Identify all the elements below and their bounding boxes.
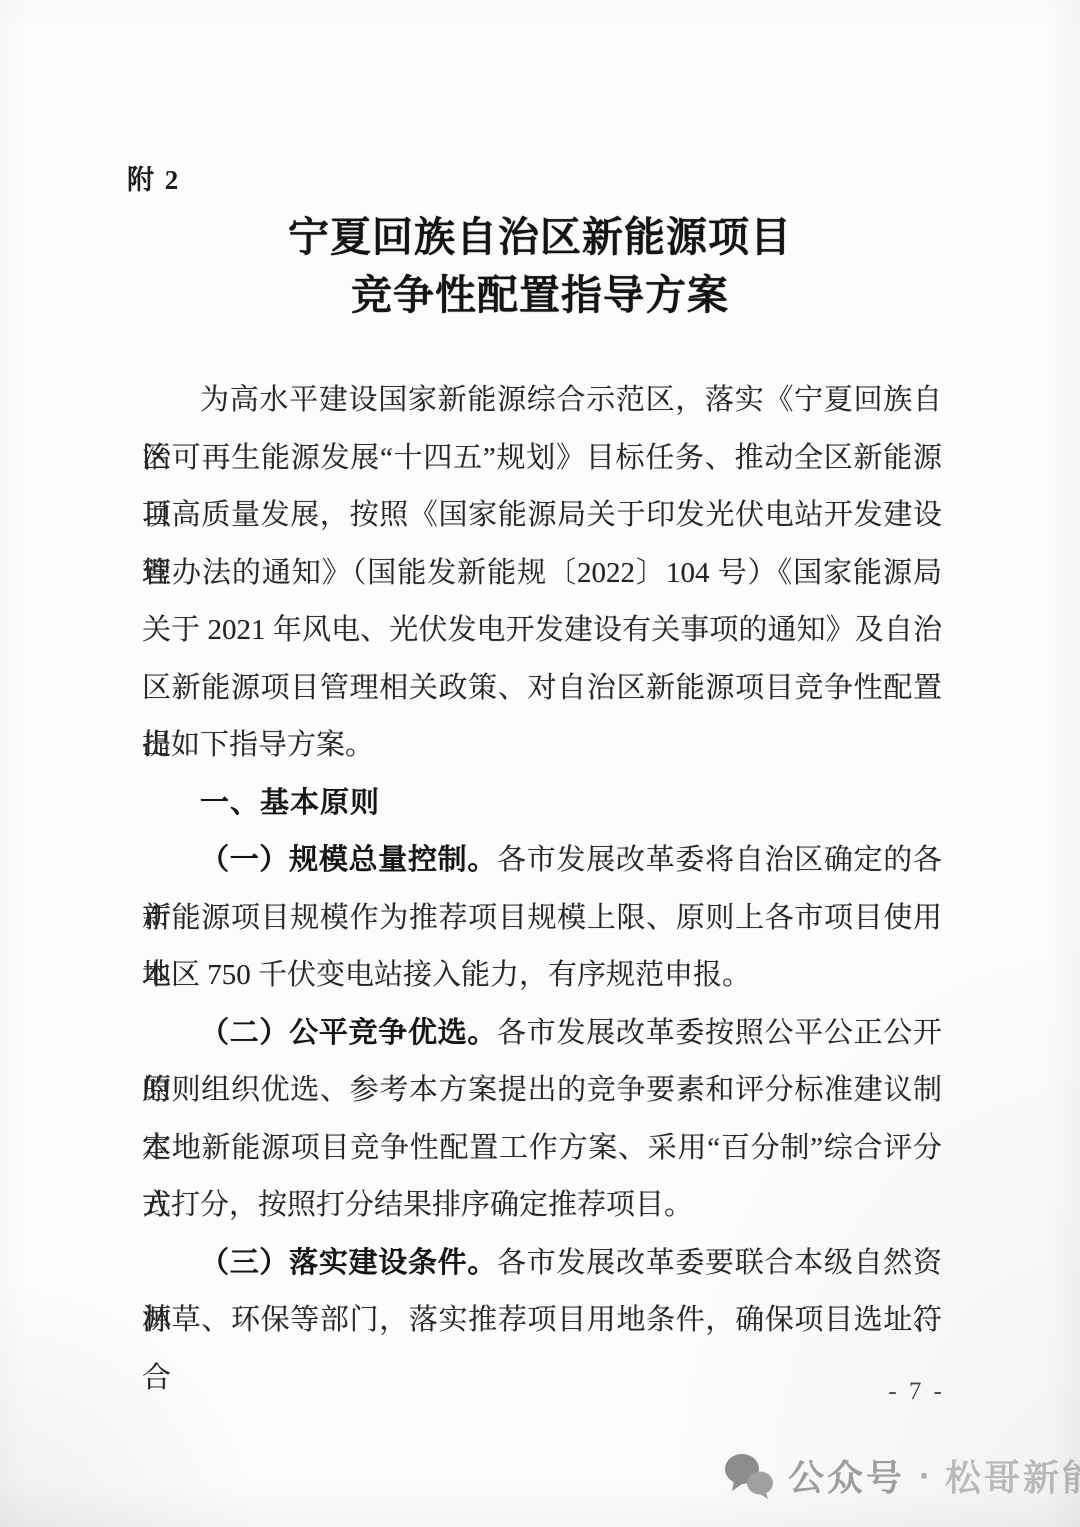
intro-line-7: 出如下指导方案。 — [142, 717, 942, 775]
para1-line-1: （一）规模总量控制。各市发展改革委将自治区确定的各市 — [142, 832, 942, 890]
para2-line-2: 原则组织优选、参考本方案提出的竞争要素和评分标准建议制定 — [142, 1062, 942, 1120]
attachment-label: 附 2 — [127, 158, 180, 197]
page-number: - 7 - — [888, 1378, 945, 1406]
doc-title-line1: 宁夏回族自治区新能源项目 — [0, 208, 1080, 266]
para2-line-1: （二）公平竞争优选。各市发展改革委按照公平公正公开的 — [142, 1005, 942, 1063]
intro-line-2: 区可再生能源发展“十四五”规划》目标任务、推动全区新能源项 — [142, 430, 942, 488]
section-heading-basic-principles: 一、基本原则 — [142, 775, 942, 833]
para1-lead: （一）规模总量控制。 — [200, 844, 497, 876]
chat-bubbles-icon — [722, 1451, 776, 1501]
para1-line-3: 地区 750 千伏变电站接入能力，有序规范申报。 — [142, 947, 942, 1005]
para3-line-1: （三）落实建设条件。各市发展改革委要联合本级自然资源、 — [142, 1235, 942, 1293]
intro-line-5: 关于 2021 年风电、光伏发电开发建设有关事项的通知》及自治 — [142, 602, 942, 660]
watermark-name: 松哥新能源 — [945, 1450, 1080, 1501]
para3-line-2: 林草、环保等部门，落实推荐项目用地条件，确保项目选址符合 — [142, 1292, 942, 1350]
watermark: 公众号 · 松哥新能源 — [722, 1450, 1080, 1501]
intro-line-3: 目高质量发展，按照《国家能源局关于印发光伏电站开发建设管 — [142, 487, 942, 545]
document-page: 附 2 宁夏回族自治区新能源项目 竞争性配置指导方案 为高水平建设国家新能源综合… — [0, 0, 1080, 1527]
para3-lead: （三）落实建设条件。 — [200, 1247, 497, 1279]
para2-lead: （二）公平竞争优选。 — [200, 1017, 497, 1049]
intro-line-4: 理办法的通知》（国能发新能规〔2022〕104 号）《国家能源局 — [142, 545, 942, 603]
watermark-label: 公众号 — [788, 1450, 905, 1501]
intro-line-1: 为高水平建设国家新能源综合示范区，落实《宁夏回族自治 — [142, 372, 942, 430]
doc-title: 宁夏回族自治区新能源项目 竞争性配置指导方案 — [0, 208, 1080, 324]
watermark-separator: · — [919, 1455, 931, 1497]
intro-line-6: 区新能源项目管理相关政策、对自治区新能源项目竞争性配置提 — [142, 660, 942, 718]
doc-body: 为高水平建设国家新能源综合示范区，落实《宁夏回族自治 区可再生能源发展“十四五”… — [142, 372, 942, 1350]
para2-line-4: 式打分，按照打分结果排序确定推荐项目。 — [142, 1177, 942, 1235]
para2-line-3: 本地新能源项目竞争性配置工作方案、采用“百分制”综合评分方 — [142, 1120, 942, 1178]
doc-title-line2: 竞争性配置指导方案 — [0, 266, 1080, 324]
para1-line-2: 新能源项目规模作为推荐项目规模上限、原则上各市项目使用本 — [142, 890, 942, 948]
